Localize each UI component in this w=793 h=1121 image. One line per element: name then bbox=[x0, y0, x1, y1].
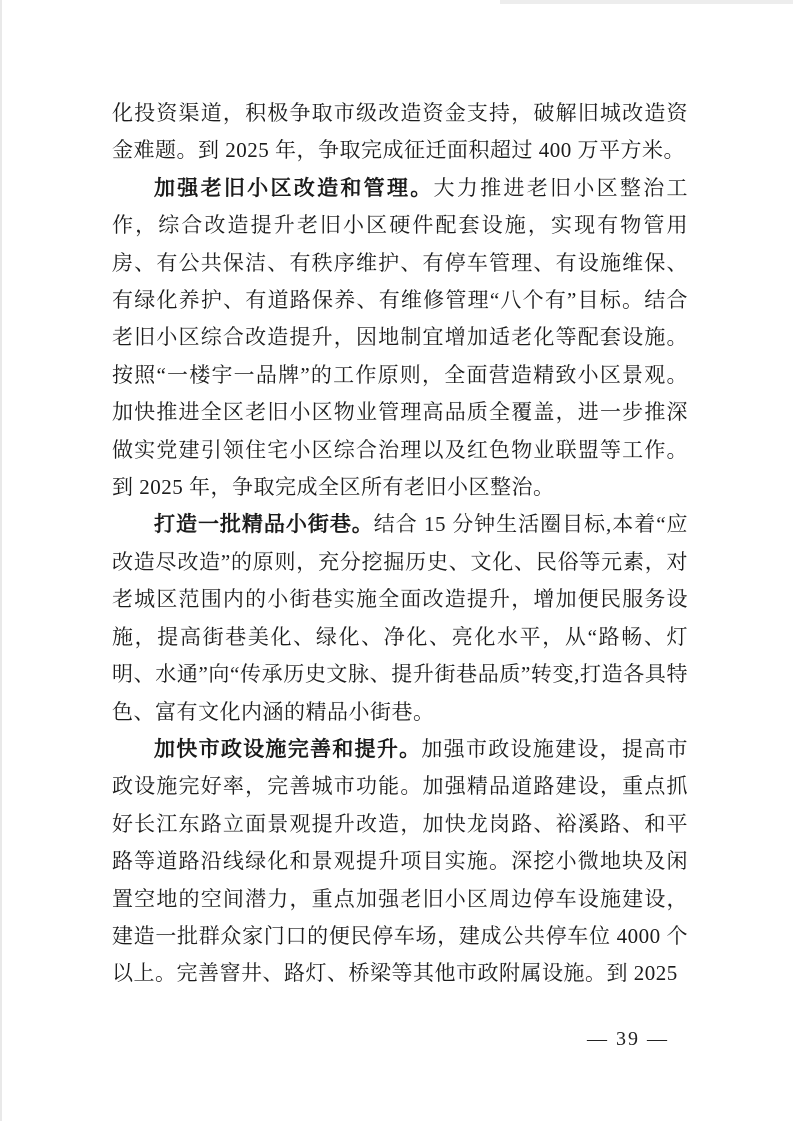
paragraph: 加快市政设施完善和提升。加强市政设施建设，提高市政设施完好率，完善城市功能。加强… bbox=[112, 731, 688, 993]
document-page: 化投资渠道，积极争取市级改造资金支持，破解旧城改造资金难题。到 2025 年，争… bbox=[0, 0, 793, 1121]
paragraph-text: 加强市政设施建设，提高市政设施完好率，完善城市功能。加强精品道路建设，重点抓好长… bbox=[112, 737, 688, 985]
paragraph-text: 结合 15 分钟生活圈目标,本着“应改造尽改造”的原则，充分挖掘历史、文化、民俗… bbox=[112, 512, 688, 723]
paragraph: 打造一批精品小街巷。结合 15 分钟生活圈目标,本着“应改造尽改造”的原则，充分… bbox=[112, 506, 688, 730]
scan-left-edge-artifact bbox=[0, 0, 2, 1121]
page-number: — 39 — bbox=[587, 1028, 669, 1051]
scan-top-edge-artifact bbox=[500, 0, 793, 4]
page-body-text: 化投资渠道，积极争取市级改造资金支持，破解旧城改造资金难题。到 2025 年，争… bbox=[112, 95, 688, 993]
paragraph-lead-bold: 加快市政设施完善和提升。 bbox=[154, 737, 421, 761]
paragraph-text: 大力推进老旧小区整治工作，综合改造提升老旧小区硬件配套设施，实现有物管用房、有公… bbox=[112, 176, 688, 499]
paragraph-lead-bold: 加强老旧小区改造和管理。 bbox=[154, 176, 434, 200]
paragraph: 加强老旧小区改造和管理。大力推进老旧小区整治工作，综合改造提升老旧小区硬件配套设… bbox=[112, 170, 688, 507]
paragraph-lead-bold: 打造一批精品小街巷。 bbox=[154, 512, 374, 536]
paragraph: 化投资渠道，积极争取市级改造资金支持，破解旧城改造资金难题。到 2025 年，争… bbox=[112, 95, 688, 170]
paragraph-text: 化投资渠道，积极争取市级改造资金支持，破解旧城改造资金难题。到 2025 年，争… bbox=[112, 101, 688, 162]
